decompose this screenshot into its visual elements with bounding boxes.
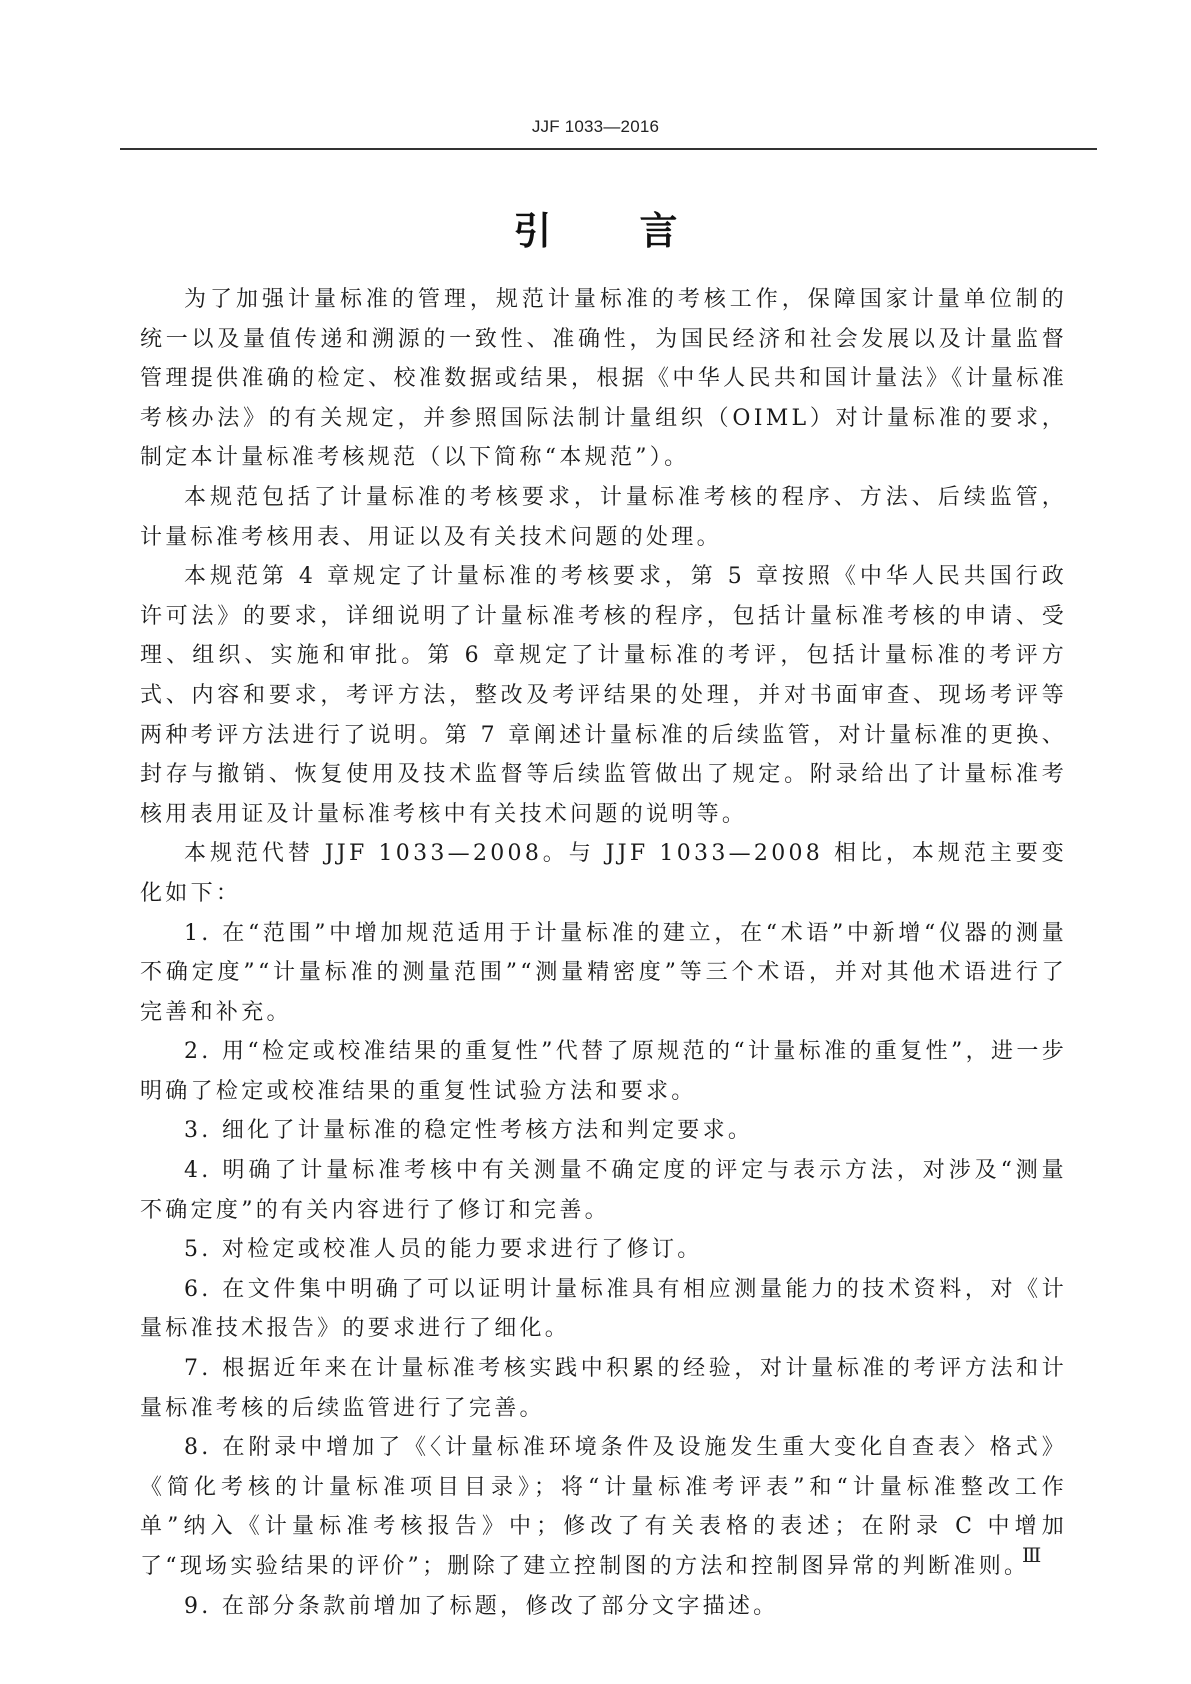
change-item-2: 2. 用“检定或校准结果的重复性”代替了原规范的“计量标准的重复性”，进一步明确… [140,1032,1067,1111]
running-header-standard-code: JJF 1033—2016 [0,117,1191,137]
page-number: Ⅲ [1022,1543,1041,1567]
header-rule [120,148,1097,150]
title-char-1: 引 [513,200,551,255]
foreword-body: 为了加强计量标准的管理，规范计量标准的考核工作，保障国家计量单位制的统一以及量值… [140,280,1067,1626]
paragraph-purpose: 为了加强计量标准的管理，规范计量标准的考核工作，保障国家计量单位制的统一以及量值… [140,280,1067,478]
change-item-9: 9. 在部分条款前增加了标题，修改了部分文字描述。 [140,1587,1067,1627]
change-item-6: 6. 在文件集中明确了可以证明计量标准具有相应测量能力的技术资料，对《计量标准技… [140,1270,1067,1349]
change-item-3: 3. 细化了计量标准的稳定性考核方法和判定要求。 [140,1111,1067,1151]
change-item-8: 8. 在附录中增加了《〈计量标准环境条件及设施发生重大变化自查表〉格式》《简化考… [140,1428,1067,1586]
paragraph-replaces: 本规范代替 JJF 1033—2008。与 JJF 1033—2008 相比，本… [140,834,1067,913]
change-item-4: 4. 明确了计量标准考核中有关测量不确定度的评定与表示方法，对涉及“测量不确定度… [140,1151,1067,1230]
paragraph-chapters: 本规范第 4 章规定了计量标准的考核要求，第 5 章按照《中华人民共国行政许可法… [140,557,1067,834]
change-item-7: 7. 根据近年来在计量标准考核实践中积累的经验，对计量标准的考评方法和计量标准考… [140,1349,1067,1428]
change-item-5: 5. 对检定或校准人员的能力要求进行了修订。 [140,1230,1067,1270]
paragraph-scope: 本规范包括了计量标准的考核要求，计量标准考核的程序、方法、后续监管，计量标准考核… [140,478,1067,557]
page-title: 引言 [0,200,1191,255]
change-item-1: 1. 在“范围”中增加规范适用于计量标准的建立，在“术语”中新增“仪器的测量不确… [140,914,1067,1033]
title-char-2: 言 [640,200,678,255]
